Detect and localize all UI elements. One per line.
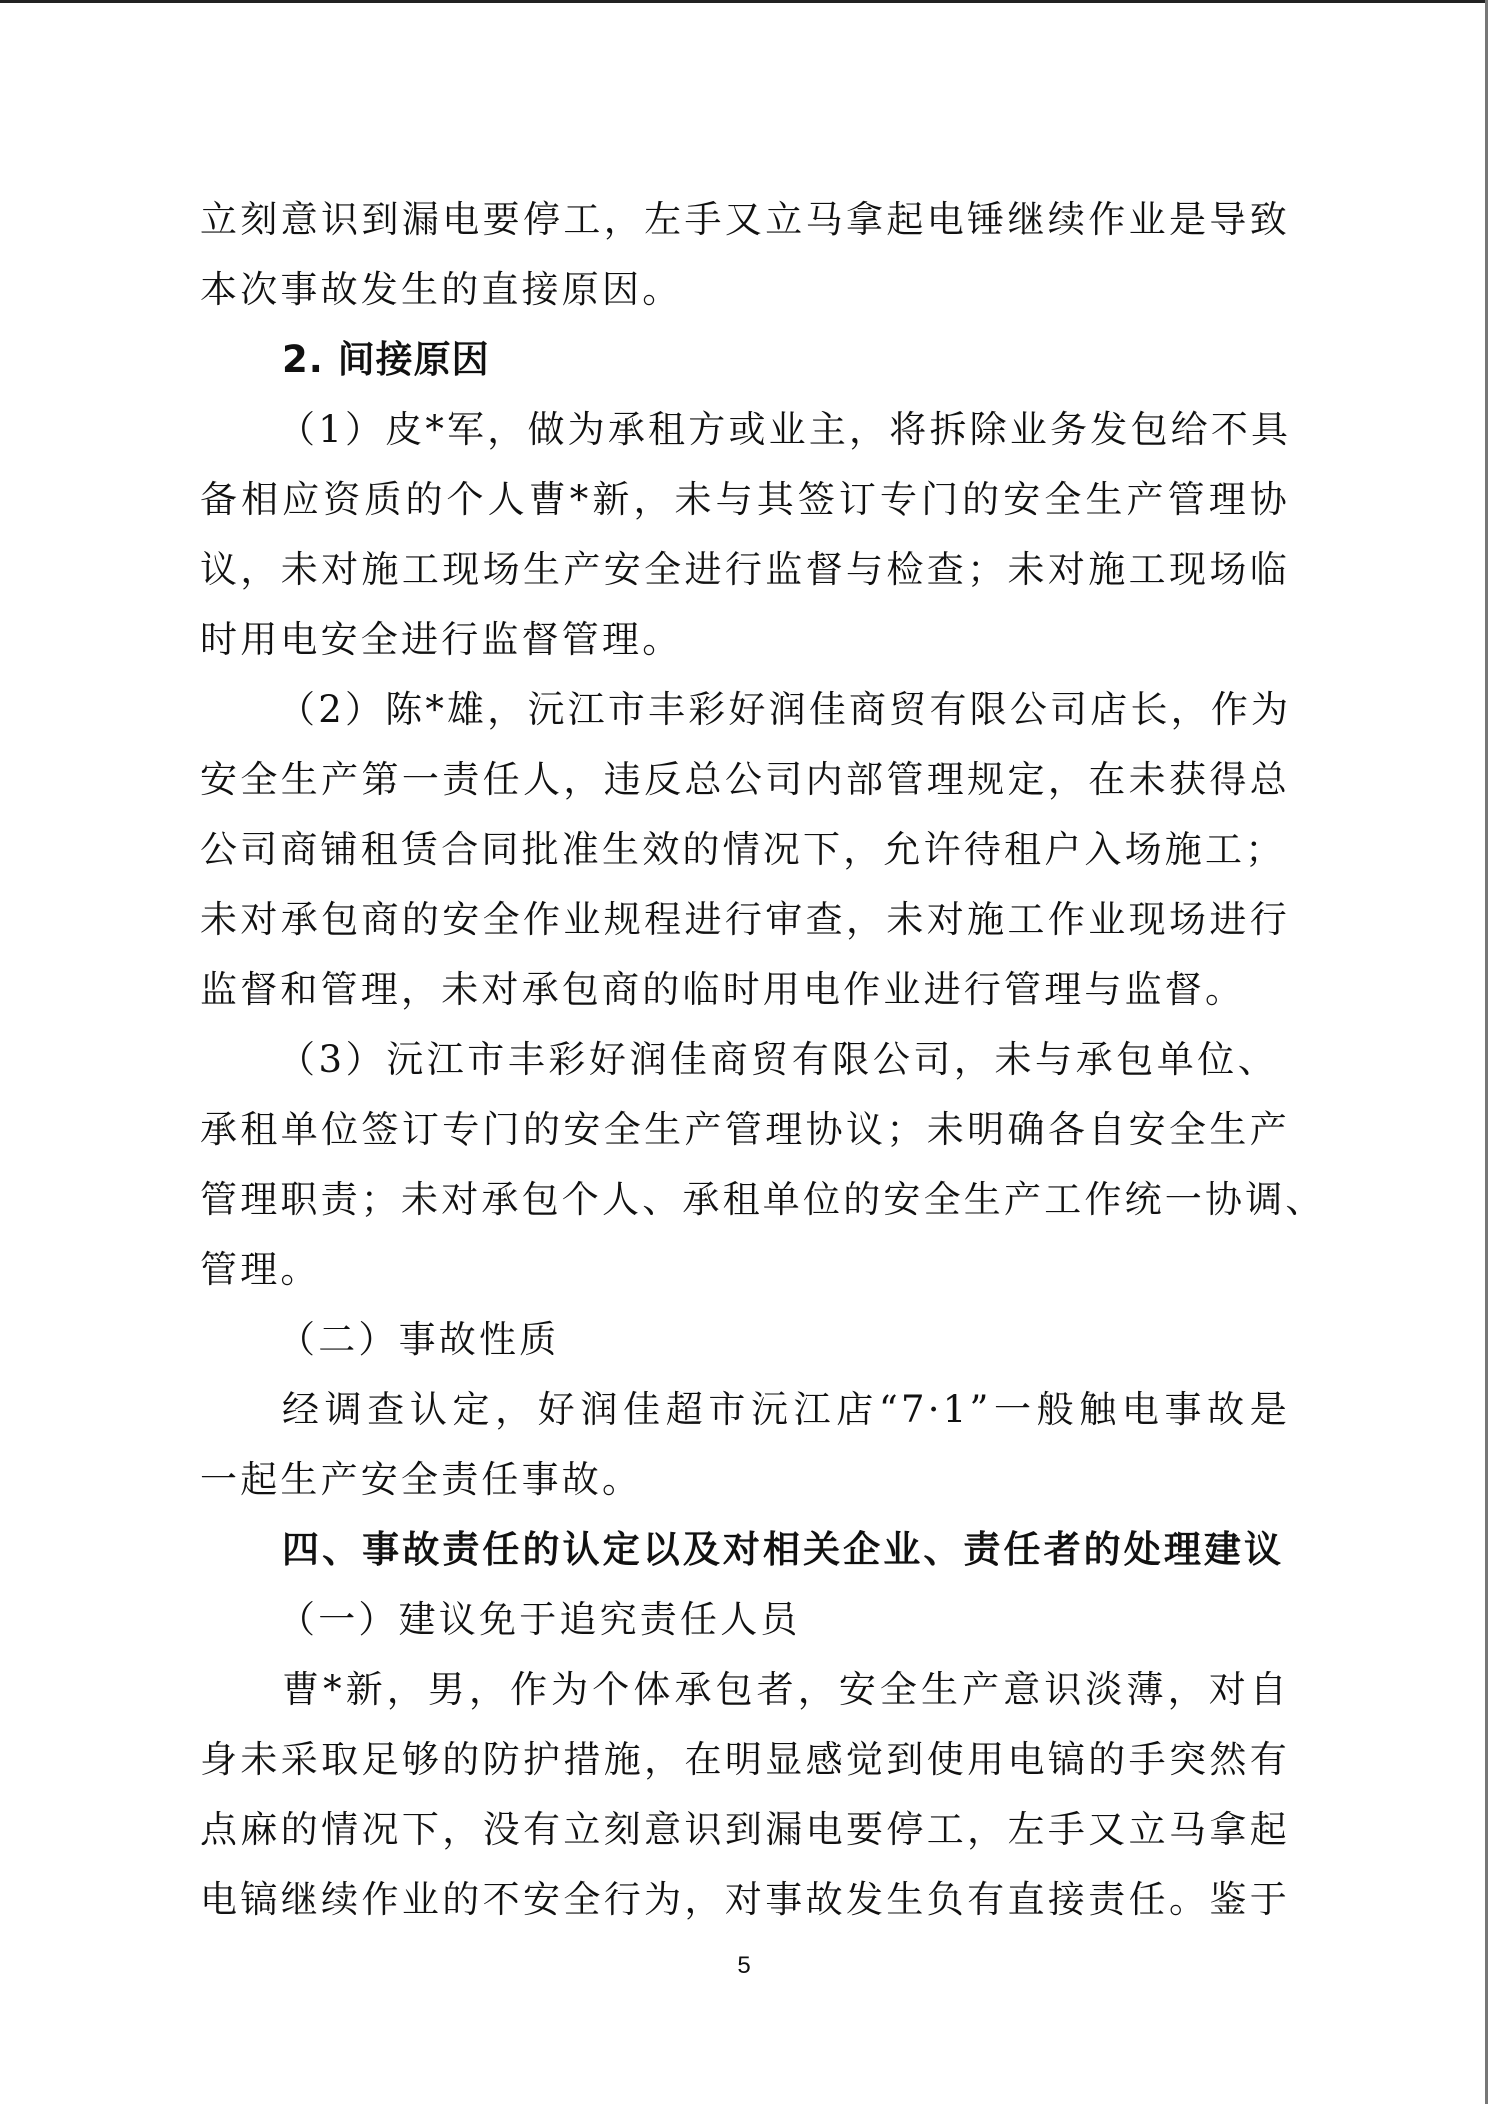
paragraph-line: 未对承包商的安全作业规程进行审查，未对施工作业现场进行 bbox=[200, 885, 1290, 955]
page-top-border bbox=[0, 0, 1488, 3]
paragraph-line: 备相应资质的个人曹*新，未与其签订专门的安全生产管理协 bbox=[200, 465, 1290, 535]
paragraph-line: 监督和管理，未对承包商的临时用电作业进行管理与监督。 bbox=[200, 955, 1290, 1025]
paragraph-line: 点麻的情况下，没有立刻意识到漏电要停工，左手又立马拿起 bbox=[200, 1795, 1290, 1865]
paragraph-line: 时用电安全进行监督管理。 bbox=[200, 605, 1290, 675]
paragraph-line: 一起生产安全责任事故。 bbox=[200, 1445, 1290, 1515]
paragraph-line: （1）皮*军，做为承租方或业主，将拆除业务发包给不具 bbox=[278, 395, 1290, 465]
section-heading-responsibility: 四、事故责任的认定以及对相关企业、责任者的处理建议 bbox=[282, 1515, 1282, 1585]
paragraph-line: 管理职责；未对承包个人、承租单位的安全生产工作统一协调、 bbox=[200, 1165, 1300, 1235]
paragraph-line: 管理。 bbox=[200, 1235, 1290, 1305]
paragraph-line: 身未采取足够的防护措施，在明显感觉到使用电镐的手突然有 bbox=[200, 1725, 1290, 1795]
paragraph-line: 公司商铺租赁合同批准生效的情况下，允许待租户入场施工； bbox=[200, 815, 1285, 885]
subsection-heading-exempt-personnel: （一）建议免于追究责任人员 bbox=[278, 1585, 1368, 1655]
paragraph-line: 经调查认定，好润佳超市沅江店“7·1”一般触电事故是 bbox=[282, 1375, 1290, 1445]
paragraph-line: 本次事故发生的直接原因。 bbox=[200, 255, 1290, 325]
paragraph-line: （2）陈*雄，沅江市丰彩好润佳商贸有限公司店长，作为 bbox=[278, 675, 1290, 745]
paragraph-line: 电镐继续作业的不安全行为，对事故发生负有直接责任。鉴于 bbox=[200, 1865, 1290, 1935]
paragraph-line: 立刻意识到漏电要停工，左手又立马拿起电锤继续作业是导致 bbox=[200, 185, 1290, 255]
paragraph-line: 曹*新，男，作为个体承包者，安全生产意识淡薄，对自 bbox=[282, 1655, 1290, 1725]
page-number: 5 bbox=[0, 1952, 1488, 1980]
section-heading-indirect-causes: 2. 间接原因 bbox=[282, 325, 1372, 395]
paragraph-line: （3）沅江市丰彩好润佳商贸有限公司，未与承包单位、 bbox=[278, 1025, 1278, 1095]
paragraph-line: 承租单位签订专门的安全生产管理协议；未明确各自安全生产 bbox=[200, 1095, 1290, 1165]
paragraph-line: 安全生产第一责任人，违反总公司内部管理规定，在未获得总 bbox=[200, 745, 1290, 815]
paragraph-line: 议，未对施工现场生产安全进行监督与检查；未对施工现场临 bbox=[200, 535, 1290, 605]
subsection-heading-accident-nature: （二）事故性质 bbox=[278, 1305, 1368, 1375]
